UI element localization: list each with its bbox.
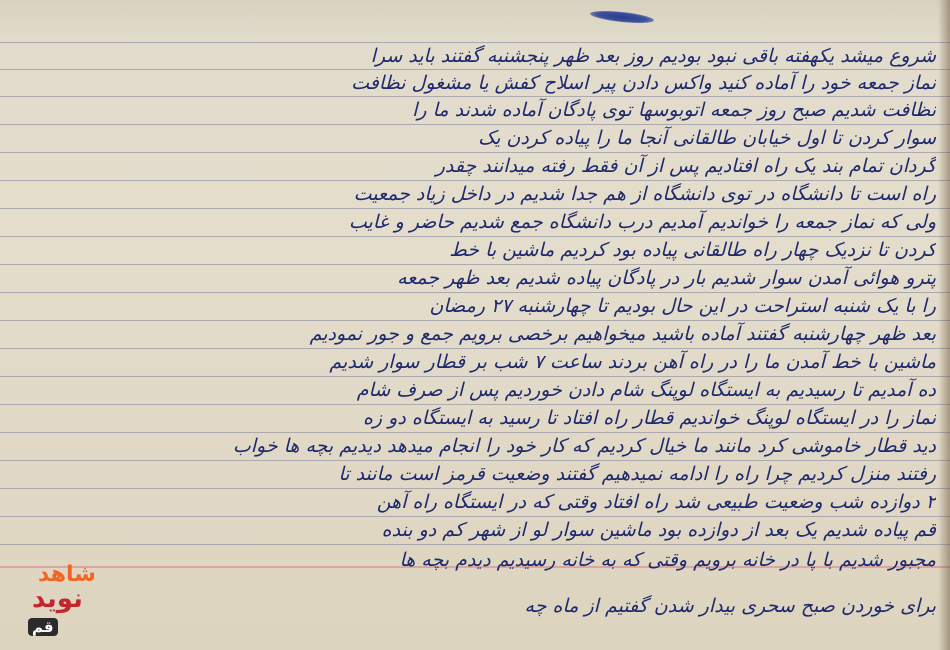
text-line: بعد ظهر چهارشنبه گفتند آماده باشید میخوا… [24,320,936,348]
text-line: گردان تمام بند یک راه افتادیم پس از آن ف… [24,152,936,180]
text-line: نماز جمعه خود را آماده کنید واکس دادن پی… [24,69,936,97]
text-line: کردن تا نزدیک چهار راه طالقانی پیاده بود… [24,236,936,264]
text-line: پترو هوائی آمدن سوار شدیم بار در پادگان … [24,264,936,292]
text-line: ده آمدیم تا رسیدیم به ایستگاه لوپنگ شام … [24,376,936,404]
text-line: نظافت شدیم صبح روز جمعه اتوبوسها توی پاد… [24,96,936,124]
text-line: قم پیاده شدیم یک بعد از دوازده بود ماشین… [24,516,936,544]
ruled-line [0,544,950,545]
text-line: ماشین با خط آمدن ما را در راه آهن بردند … [24,348,936,376]
text-line: ۲ دوازده شب وضعیت طبیعی شد راه افتاد وقت… [24,488,936,516]
text-line: نماز را در ایستگاه لوپنگ خواندیم قطار را… [24,404,936,432]
text-line: شروع میشد یکهفته باقی نبود بودیم روز بعد… [24,42,936,70]
top-margin [0,0,950,42]
diary-page: شروع میشد یکهفته باقی نبود بودیم روز بعد… [0,0,950,650]
text-line: سوار کردن تا اول خیابان طالقانی آنجا ما … [24,124,936,152]
watermark-logo: شاهد نوید قم [26,560,106,646]
text-line: برای خوردن صبح سحری بیدار شدن گفتیم از م… [24,592,936,620]
text-line: راه است تا دانشگاه در توی دانشگاه از هم … [24,180,936,208]
text-line: ولی که نماز جمعه را خواندیم آمدیم درب دا… [24,208,936,236]
text-line: را با یک شنبه استراحت در این حال بودیم ت… [24,292,936,320]
text-line: رفتند منزل کردیم چرا راه را ادامه نمیدهی… [24,460,936,488]
text-line: مجبور شدیم با پا در خانه برویم وقتی که ب… [24,546,936,574]
logo-text-main: نوید [32,584,83,614]
logo-city-label: قم [28,618,58,636]
text-line: دید قطار خاموشی کرد مانند ما خیال کردیم … [24,432,936,460]
